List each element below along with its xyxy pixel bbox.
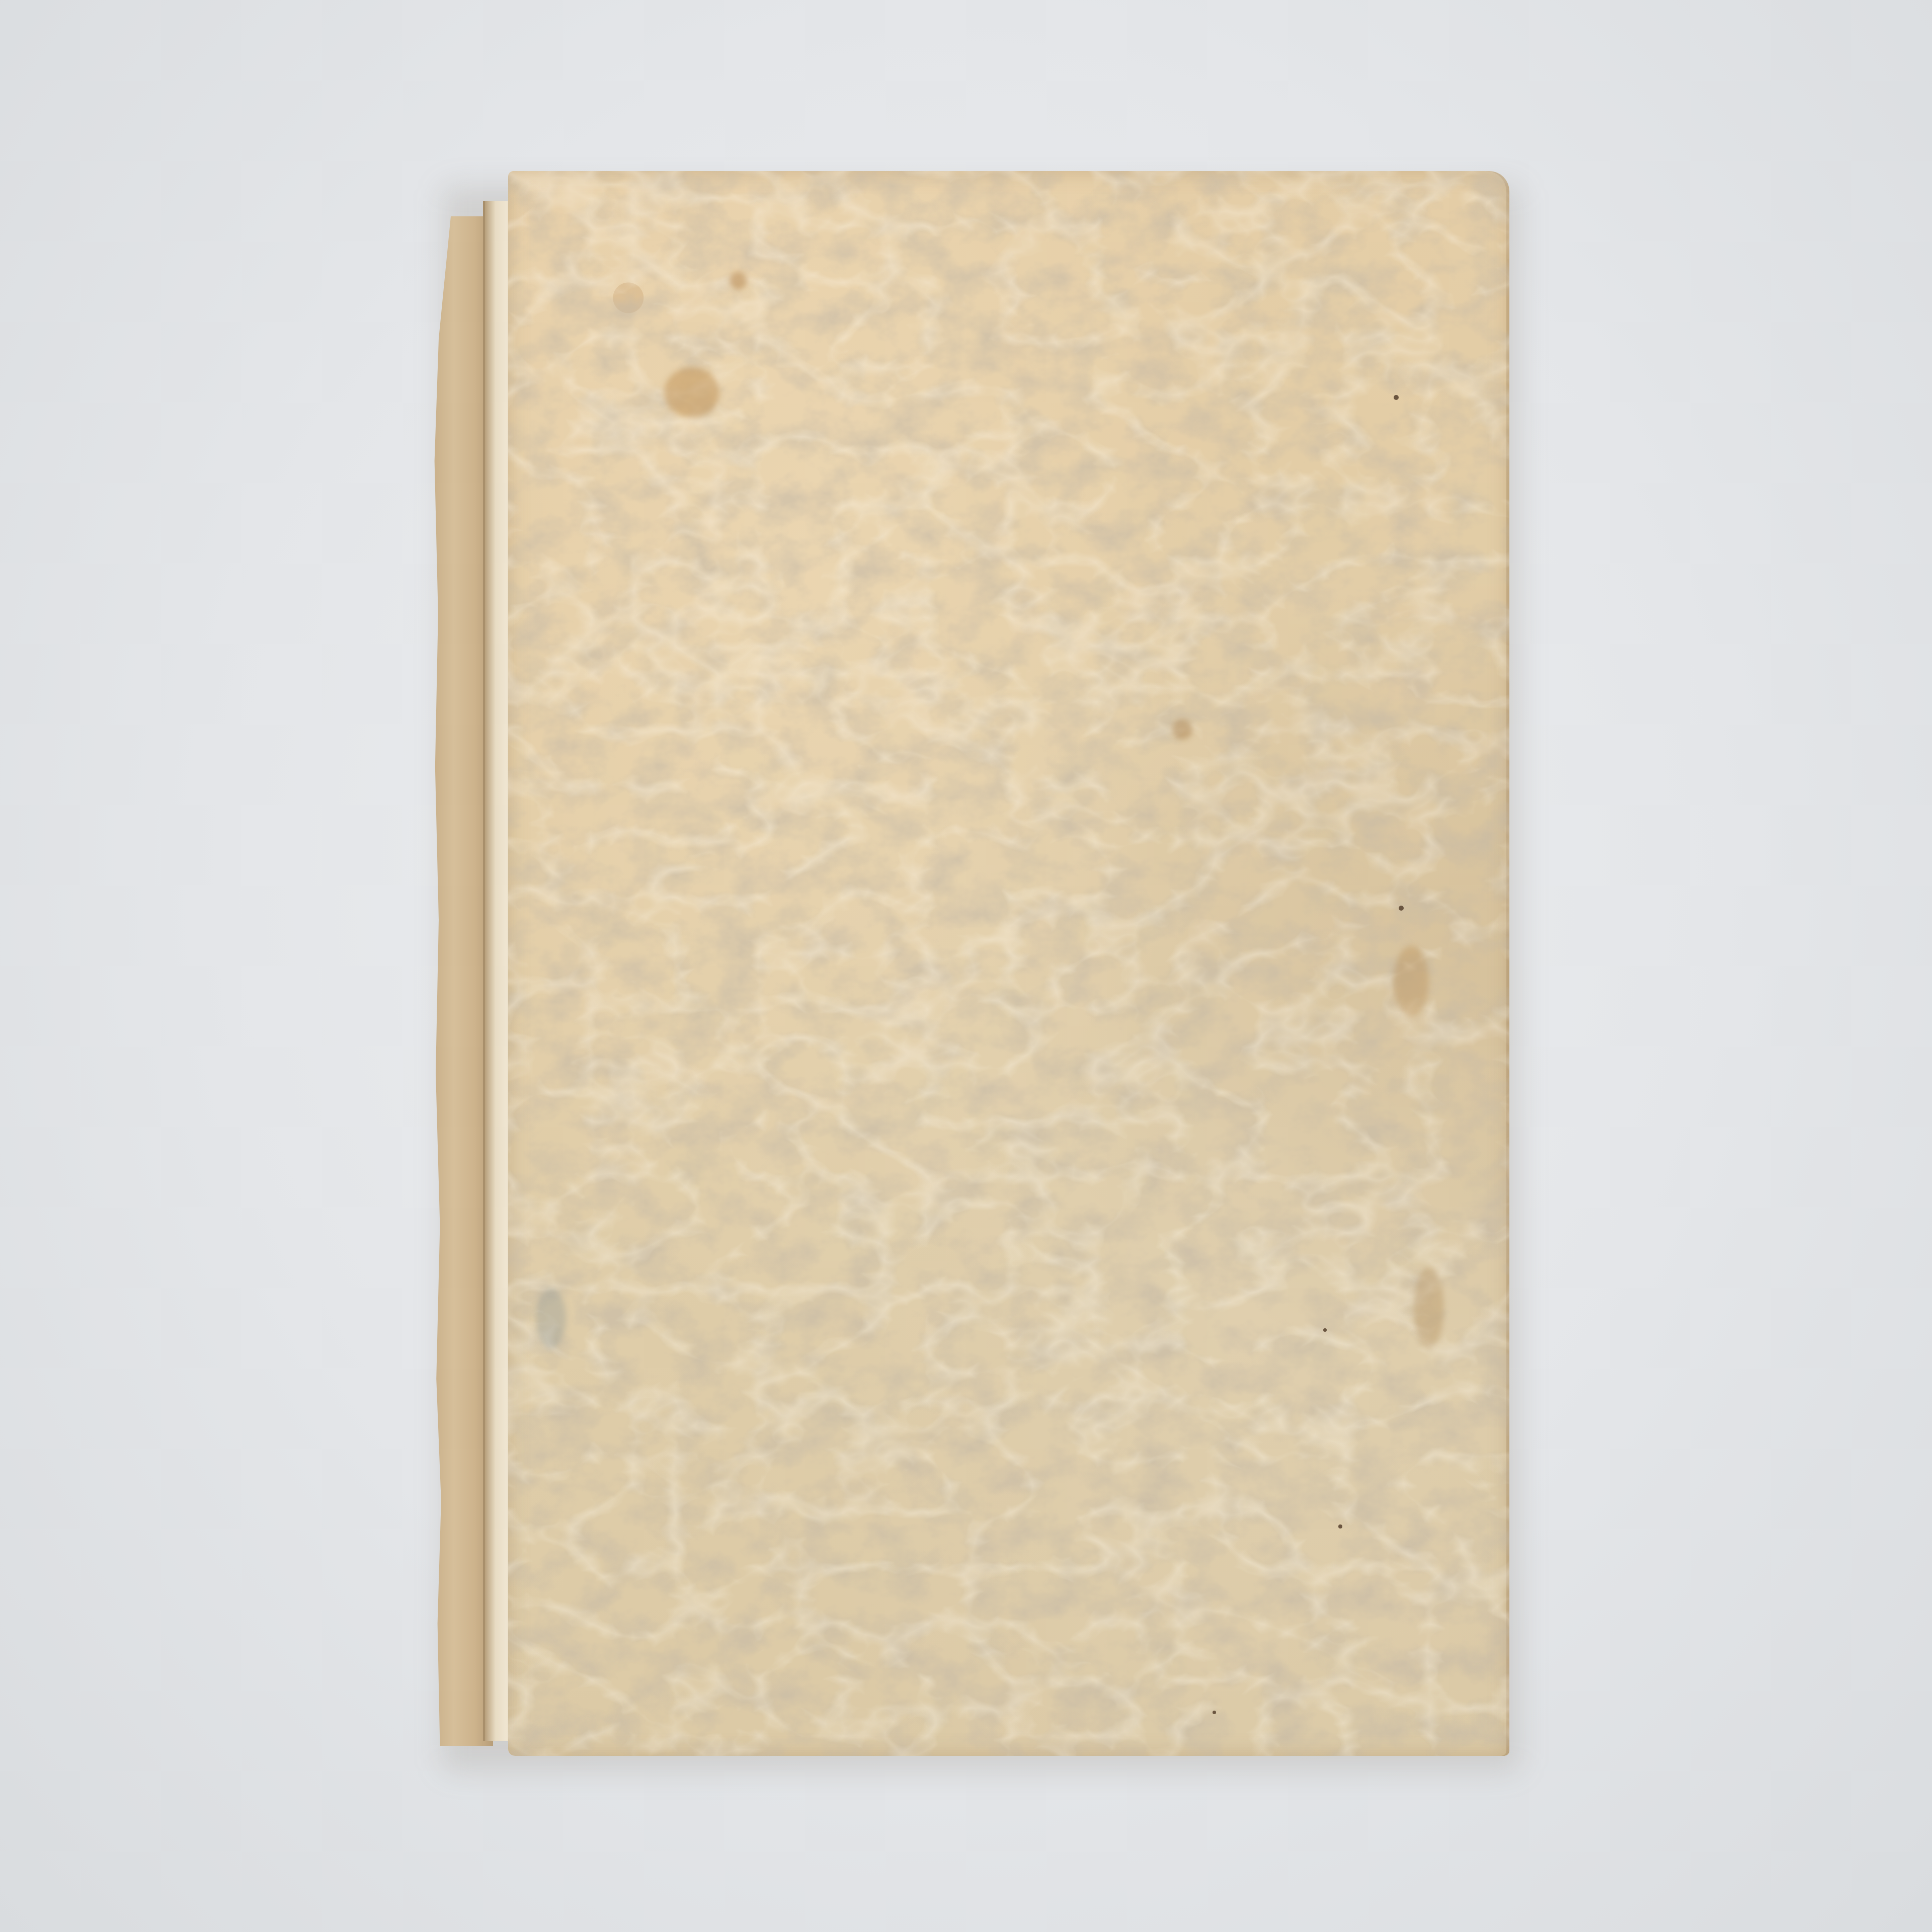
stain-right-lower [1414, 1268, 1444, 1348]
stain-top-left [664, 367, 719, 418]
leather-grain-texture [508, 171, 1509, 1756]
photo-scene [0, 0, 1932, 1932]
stain-gray-left [536, 1288, 566, 1348]
stain-center [1172, 719, 1192, 740]
speck [1213, 1711, 1216, 1714]
speck [1338, 1524, 1342, 1528]
stain-right-middle [1394, 946, 1429, 1016]
book-cover [508, 171, 1509, 1756]
book [433, 171, 1509, 1756]
stain-small-top [730, 272, 747, 289]
speck [1399, 906, 1404, 911]
speck [1323, 1328, 1327, 1332]
speck [1394, 395, 1399, 400]
